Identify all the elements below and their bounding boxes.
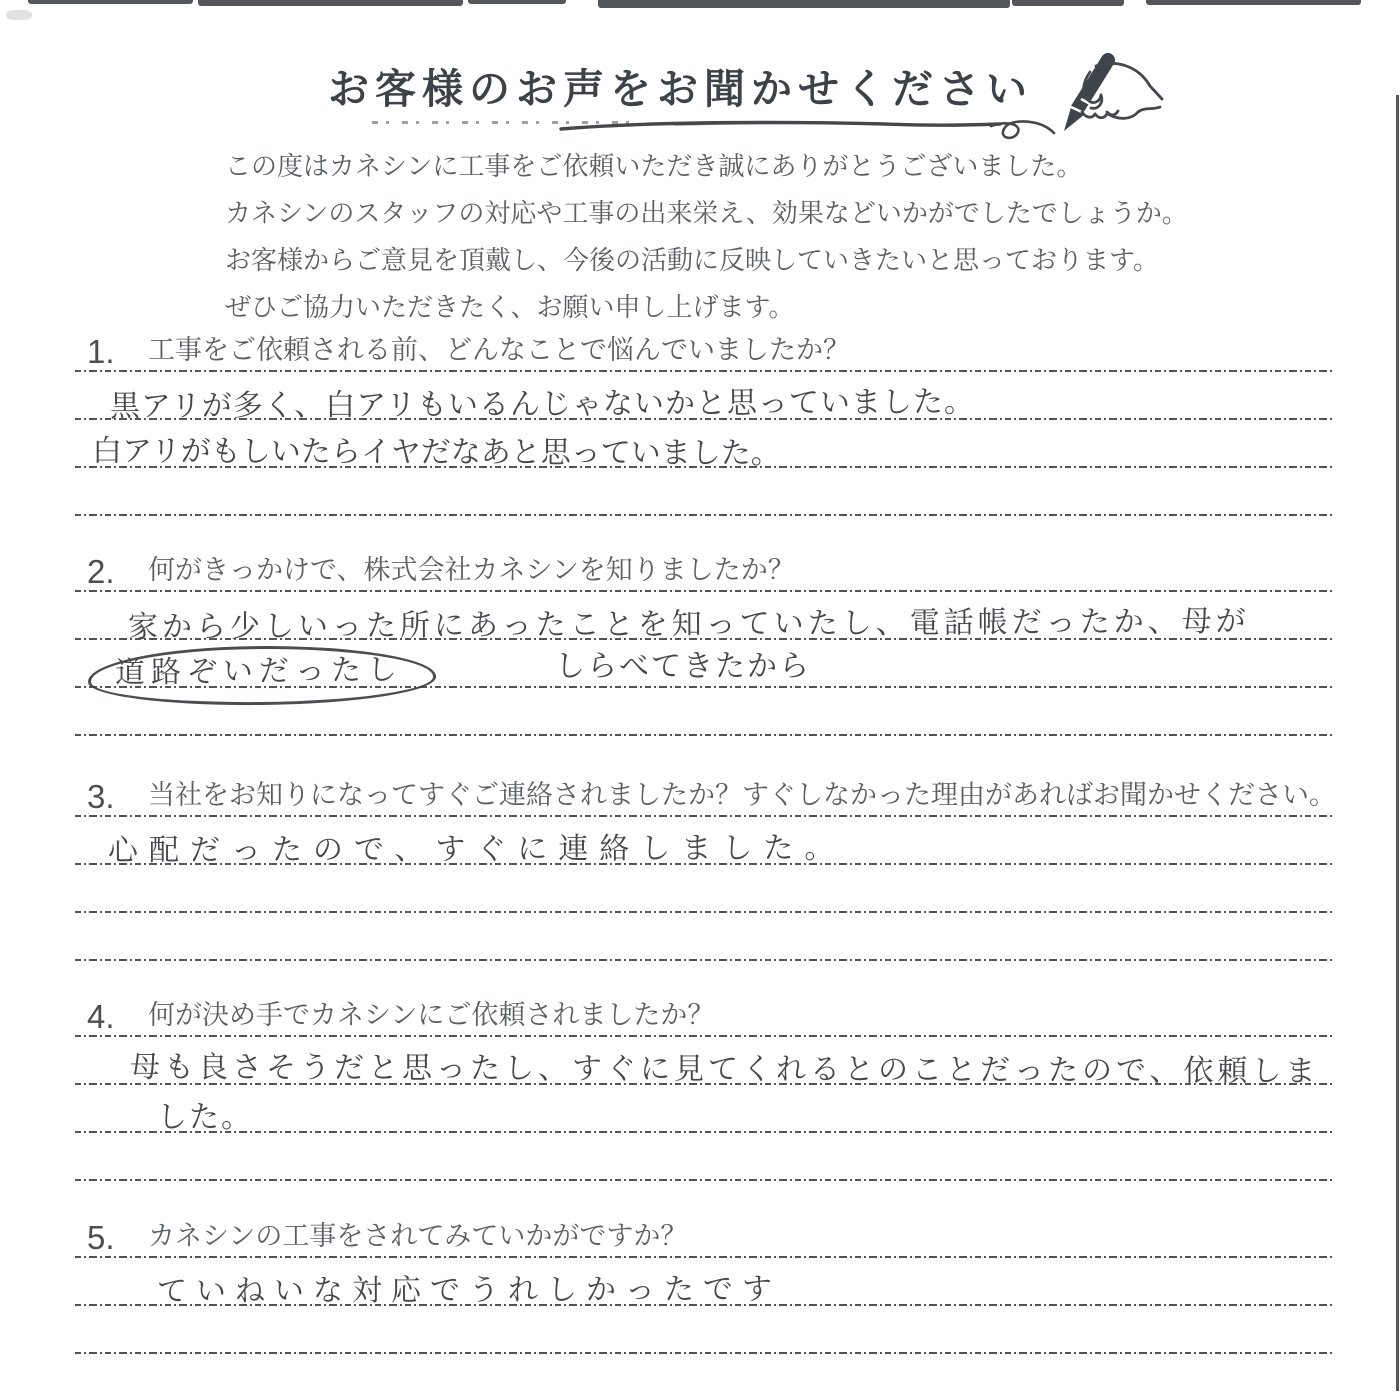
questionnaire-page: お客様のお声をお聞かせください この度はカネシンに工事をご依頼いただき誠にありが… (0, 0, 1400, 1396)
intro-line-2: カネシンのスタッフの対応や工事の出来栄え、効果などいかがでしたでしょうか。 (225, 190, 1188, 237)
question-1-text: 工事をご依頼される前、どんなことで悩んでいましたか？ (148, 328, 850, 367)
intro-line-4: ぜひご協力いただきたく、お願い申し上げます。 (225, 284, 1188, 331)
hand-writing-pen-icon (1038, 46, 1178, 138)
question-2-number: 2. (87, 553, 115, 591)
intro-paragraph: この度はカネシンに工事をご依頼いただき誠にありがとうございました。 カネシンのス… (225, 143, 1188, 331)
answer-line-row (75, 1306, 1335, 1354)
dotted-rule (75, 1352, 1335, 1354)
dotted-rule (75, 959, 1335, 961)
question-3-text: 当社をお知りになってすぐご連絡されましたか？すぐしなかった理由があればお聞かせく… (148, 773, 1336, 812)
question-3-header: 3. 当社をお知りになってすぐご連絡されましたか？すぐしなかった理由があればお聞… (75, 781, 1335, 817)
answer-line-row: 母も良さそうだと思ったし、すぐに見てくれるとのことだったので、依頼しま (75, 1037, 1335, 1085)
question-1-section: 1. 工事をご依頼される前、どんなことで悩んでいましたか？ 黒アリが多く、白アリ… (75, 336, 1335, 516)
answer-line-row (75, 468, 1335, 516)
answer-line-row (75, 865, 1335, 913)
handwritten-answer-circled: 道路ぞいだったし (115, 653, 403, 691)
dotted-rule (75, 734, 1335, 736)
question-4-number: 4. (87, 998, 115, 1036)
question-2-text: 何がきっかけで、株式会社カネシンを知りましたか？ (148, 548, 795, 587)
page-title: お客様のお声をお聞かせください (328, 56, 1033, 115)
intro-line-1: この度はカネシンに工事をご依頼いただき誠にありがとうございました。 (225, 143, 1188, 190)
question-5-header: 5. カネシンの工事をされてみていかがですか？ (75, 1222, 1335, 1258)
question-5-text: カネシンの工事をされてみていかがですか？ (148, 1214, 687, 1253)
handwritten-answer: した。 (157, 1101, 253, 1136)
question-5-number: 5. (87, 1219, 115, 1257)
question-4-section: 4. 何が決め手でカネシンにご依頼されましたか？ 母も良さそうだと思ったし、すぐ… (75, 1001, 1335, 1181)
dotted-rule (75, 1179, 1335, 1181)
question-3-section: 3. 当社をお知りになってすぐご連絡されましたか？すぐしなかった理由があればお聞… (75, 781, 1335, 961)
question-3-number: 3. (87, 778, 115, 816)
question-4-text: 何が決め手でカネシンにご依頼されましたか？ (148, 993, 714, 1032)
answer-line-row: ていねいな対応でうれしかったです (75, 1258, 1335, 1306)
answer-line-row: 心配だったので、すぐに連絡しました。 (75, 817, 1335, 865)
scan-smudge (6, 10, 32, 20)
answer-line-row (75, 688, 1335, 736)
question-4-header: 4. 何が決め手でカネシンにご依頼されましたか？ (75, 1001, 1335, 1037)
answer-line-row (75, 1133, 1335, 1181)
intro-line-3: お客様からご意見を頂戴し、今後の活動に反映していきたいと思っております。 (225, 237, 1188, 284)
question-1-header: 1. 工事をご依頼される前、どんなことで悩んでいましたか？ (75, 336, 1335, 372)
handwritten-answer: しらべてきたから (555, 650, 811, 685)
question-2-header: 2. 何がきっかけで、株式会社カネシンを知りましたか？ (75, 556, 1335, 592)
question-2-section: 2. 何がきっかけで、株式会社カネシンを知りましたか？ 家から少しいった所にあっ… (75, 556, 1335, 736)
answer-line-row: 黒アリが多く、白アリもいるんじゃないかと思っていました。 (75, 372, 1335, 420)
question-5-section: 5. カネシンの工事をされてみていかがですか？ ていねいな対応でうれしかったです (75, 1222, 1335, 1354)
answer-line-row: 道路ぞいだったし しらべてきたから (75, 640, 1335, 688)
question-1-number: 1. (87, 333, 115, 371)
answer-line-row: 白アリがもしいたらイヤだなあと思っていました。 (75, 420, 1335, 468)
answer-line-row (75, 913, 1335, 961)
scan-right-edge-artifact (1396, 95, 1399, 1391)
answer-line-row: 家から少しいった所にあったことを知っていたし、電話帳だったか、母が (75, 592, 1335, 640)
dotted-rule (75, 514, 1335, 516)
title-underline-doodle (555, 110, 1075, 144)
answer-line-row: した。 (75, 1085, 1335, 1133)
